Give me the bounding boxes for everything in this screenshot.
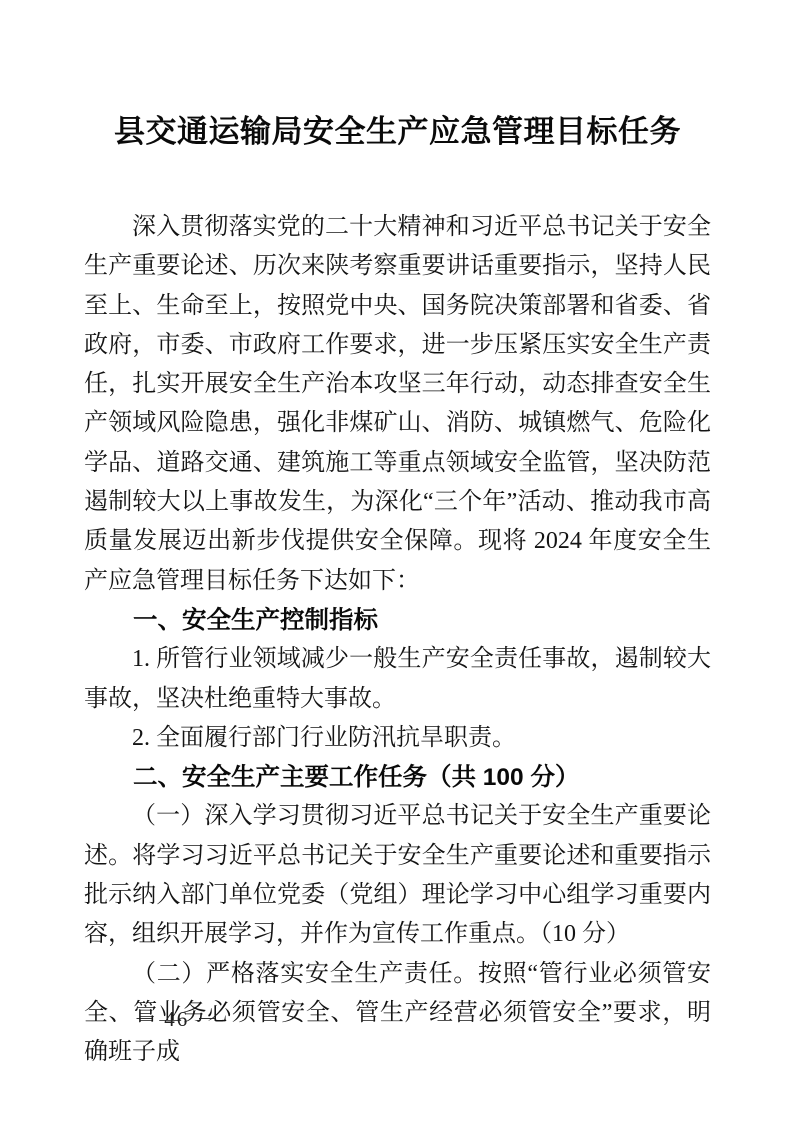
section-1-item-1: 1. 所管行业领域减少一般生产安全责任事故，遏制较大事故，坚决杜绝重特大事故。 — [84, 640, 711, 719]
section-2-item-1: （一）深入学习贯彻习近平总书记关于安全生产重要论述。将学习习近平总书记关于安全生… — [84, 797, 711, 954]
section-1-item-2: 2. 全面履行部门行业防汛抗旱职责。 — [84, 719, 711, 758]
section-1-heading: 一、安全生产控制指标 — [84, 601, 711, 640]
intro-paragraph: 深入贯彻落实党的二十大精神和习近平总书记关于安全生产重要论述、历次来陕考察重要讲… — [84, 208, 711, 601]
document-title: 县交通运输局安全生产应急管理目标任务 — [84, 110, 711, 154]
document-page: 县交通运输局安全生产应急管理目标任务 深入贯彻落实党的二十大精神和习近平总书记关… — [0, 0, 793, 1122]
document-body: 县交通运输局安全生产应急管理目标任务 深入贯彻落实党的二十大精神和习近平总书记关… — [84, 110, 711, 1073]
section-2-heading: 二、安全生产主要工作任务（共 100 分） — [84, 758, 711, 797]
page-number: － 46 － — [134, 1006, 220, 1032]
